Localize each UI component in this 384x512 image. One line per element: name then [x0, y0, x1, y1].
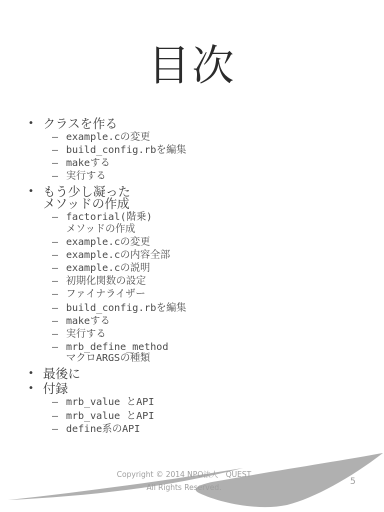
- toc-item-level2: –makeする: [52, 158, 376, 170]
- toc-item-text: build_config.rbを編集: [66, 145, 376, 157]
- toc-item-level1: •クラスを作る: [22, 118, 376, 131]
- toc-item-text: build_config.rbを編集: [66, 303, 376, 315]
- bullet-dot: •: [22, 383, 43, 396]
- toc-item-text: example.cの変更: [66, 132, 376, 144]
- footer-copyright-line: Copyright © 2014 NPO法人 QUEST: [0, 468, 376, 481]
- presentation-slide: 目次 •クラスを作る–example.cの変更–build_config.rbを…: [0, 0, 384, 512]
- toc-item-text: makeする: [66, 158, 376, 170]
- toc-item-level1: •最後に: [22, 368, 376, 381]
- bullet-dash: –: [52, 212, 66, 224]
- bullet-dash: –: [52, 171, 66, 183]
- toc-item-level2: –makeする: [52, 316, 376, 328]
- bullet-dash: –: [52, 289, 66, 301]
- toc-item-text: makeする: [66, 316, 376, 328]
- toc-item-level1: •付録: [22, 383, 376, 396]
- toc-item-text: 実行する: [66, 171, 376, 183]
- bullet-dash: –: [52, 263, 66, 275]
- slide-title: 目次: [0, 42, 384, 90]
- toc-item-level2: –example.cの変更: [52, 237, 376, 249]
- bullet-dot: •: [22, 186, 43, 199]
- bullet-dash: –: [52, 276, 66, 288]
- bullet-dash: –: [52, 411, 66, 423]
- toc-item-level2: –example.cの内容全部: [52, 250, 376, 262]
- toc-item-text: クラスを作る: [43, 118, 376, 131]
- toc-item-text: 最後に: [43, 368, 376, 381]
- toc-item-level2: –mrb_define_methodマクロARGSの種類: [52, 342, 376, 365]
- toc-item-level2: –example.cの変更: [52, 132, 376, 144]
- toc-list: •クラスを作る–example.cの変更–build_config.rbを編集–…: [22, 116, 376, 435]
- bullet-dot: •: [22, 368, 43, 381]
- toc-item-text: factorial(階乗)メソッドの作成: [66, 212, 376, 235]
- toc-item-text: もう少し凝ったメソッドの作成: [43, 186, 376, 211]
- toc-item-text: mrb_define_methodマクロARGSの種類: [66, 342, 376, 365]
- footer-rights-line: All Rights Reserved.: [0, 481, 376, 494]
- toc-item-level2: –mrb_value とAPI: [52, 411, 376, 423]
- toc-item-text: mrb_value とAPI: [66, 411, 376, 423]
- bullet-dash: –: [52, 397, 66, 409]
- toc-item-text: mrb_value とAPI: [66, 397, 376, 409]
- toc-item-text: 付録: [43, 383, 376, 396]
- bullet-dash: –: [52, 424, 66, 436]
- toc-item-level2: –build_config.rbを編集: [52, 303, 376, 315]
- bullet-dash: –: [52, 316, 66, 328]
- bullet-dot: •: [22, 118, 43, 131]
- toc-item-text: 初期化関数の設定: [66, 276, 376, 288]
- toc-item-text: example.cの内容全部: [66, 250, 376, 262]
- bullet-dash: –: [52, 329, 66, 341]
- toc-item-text: 実行する: [66, 329, 376, 341]
- toc-item-text: ファイナライザー: [66, 289, 376, 301]
- toc-item-text: example.cの変更: [66, 237, 376, 249]
- bullet-dash: –: [52, 342, 66, 354]
- bullet-dash: –: [52, 132, 66, 144]
- footer: Copyright © 2014 NPO法人 QUEST All Rights …: [0, 468, 376, 494]
- bullet-dash: –: [52, 145, 66, 157]
- bullet-dash: –: [52, 303, 66, 315]
- toc-item-level2: –ファイナライザー: [52, 289, 376, 301]
- toc-item-level2: –初期化関数の設定: [52, 276, 376, 288]
- toc-item-level2: –factorial(階乗)メソッドの作成: [52, 212, 376, 235]
- bullet-dash: –: [52, 237, 66, 249]
- toc-item-level2: –実行する: [52, 329, 376, 341]
- toc-item-text: define系のAPI: [66, 424, 376, 436]
- toc-item-level2: –define系のAPI: [52, 424, 376, 436]
- toc-item-level2: –実行する: [52, 171, 376, 183]
- bullet-dash: –: [52, 250, 66, 262]
- toc-item-level2: –mrb_value とAPI: [52, 397, 376, 409]
- bullet-dash: –: [52, 158, 66, 170]
- toc-item-level2: –example.cの説明: [52, 263, 376, 275]
- toc-item-level2: –build_config.rbを編集: [52, 145, 376, 157]
- page-number: 5: [350, 477, 356, 487]
- toc-item-text: example.cの説明: [66, 263, 376, 275]
- toc-item-level1: •もう少し凝ったメソッドの作成: [22, 186, 376, 211]
